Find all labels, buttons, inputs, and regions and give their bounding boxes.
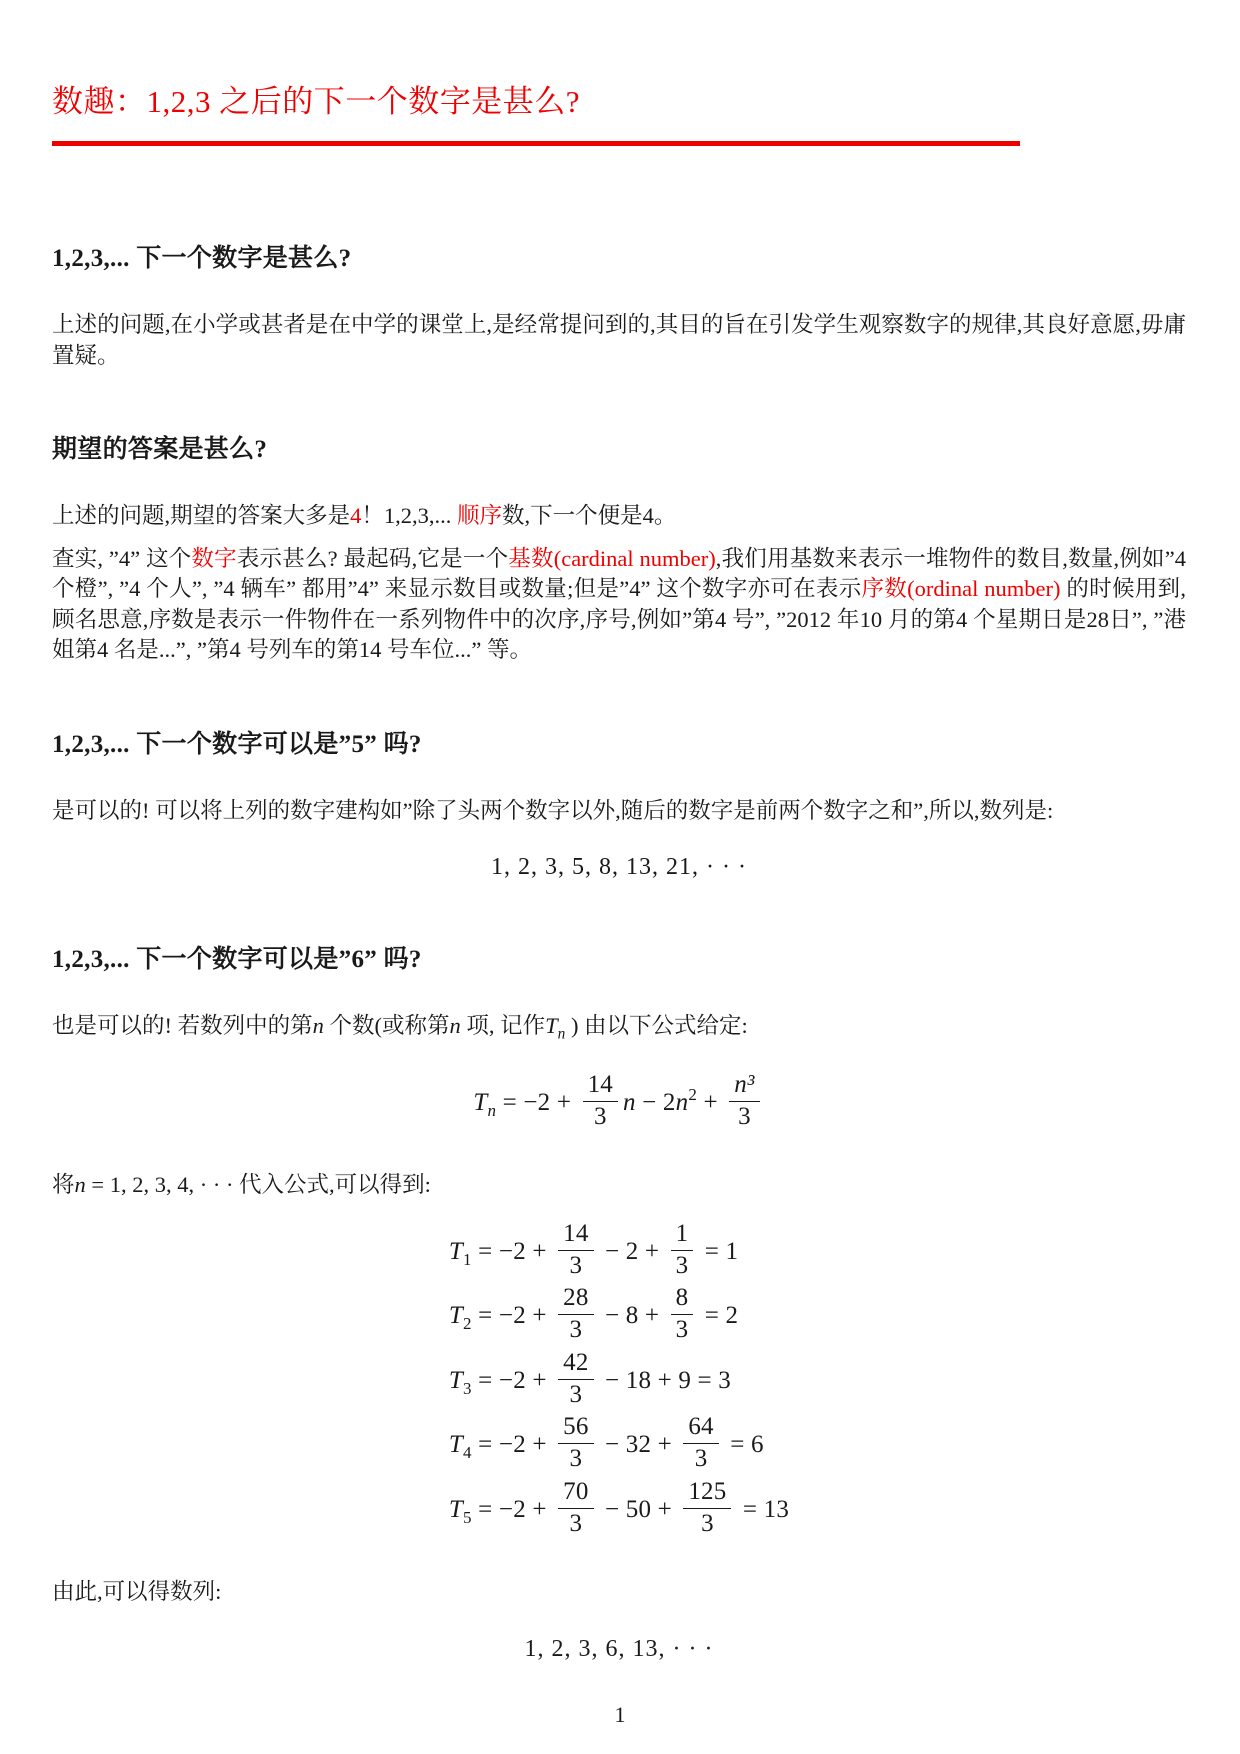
section-heading-next-number: 1,2,3,... 下一个数字是甚么?	[52, 238, 1186, 274]
equation-rows: T1 = −2 + 143 − 2 + 13 = 1T2 = −2 + 283 …	[449, 1219, 789, 1542]
equation-row: T2 = −2 + 283 − 8 + 83 = 2	[449, 1287, 789, 1348]
fraction: 563	[558, 1413, 593, 1474]
paragraph-expected-answer: 上述的问题,期望的答案大多是4！1,2,3,... 顺序数,下一个便是4。	[52, 501, 1186, 532]
title-rule	[52, 141, 1020, 146]
fraction: 143	[558, 1220, 593, 1281]
fraction: 423	[558, 1349, 593, 1410]
paragraph-formula-intro: 也是可以的! 若数列中的第n 个数(或称第n 项, 记作Tn ) 由以下公式给定…	[52, 1011, 1186, 1050]
paragraph-result-intro: 由此,可以得数列:	[52, 1577, 1186, 1608]
sequence-display-result: 1, 2, 3, 6, 13, · · ·	[52, 1636, 1186, 1663]
equation-row: T1 = −2 + 143 − 2 + 13 = 1	[449, 1223, 789, 1284]
fraction: 703	[558, 1478, 593, 1539]
fraction: n³3	[729, 1071, 759, 1132]
section-heading-expected-answer: 期望的答案是甚么?	[52, 429, 1186, 465]
formula-tn: Tn = −2 + 143n − 2n2 + n³3	[52, 1074, 1186, 1135]
equation-row: T4 = −2 + 563 − 32 + 643 = 6	[449, 1416, 789, 1477]
section-heading-can-be-5: 1,2,3,... 下一个数字可以是”5” 吗?	[52, 724, 1186, 760]
fraction: 13	[671, 1220, 694, 1281]
page-number: 1	[0, 1702, 1240, 1728]
equation-row: T3 = −2 + 423 − 18 + 9 = 3	[449, 1352, 789, 1413]
fraction: 83	[671, 1284, 694, 1345]
equation-row: T5 = −2 + 703 − 50 + 1253 = 13	[449, 1481, 789, 1542]
paragraph-fibonacci-rule: 是可以的! 可以将上列的数字建构如”除了头两个数字以外,随后的数字是前两个数字之…	[52, 796, 1186, 827]
equation-block: T1 = −2 + 143 − 2 + 13 = 1T2 = −2 + 283 …	[52, 1219, 1186, 1542]
fraction: 283	[558, 1284, 593, 1345]
paragraph-cardinal-ordinal: 查实, ”4” 这个数字表示甚么? 最起码,它是一个基数(cardinal nu…	[52, 544, 1186, 666]
fraction: 143	[583, 1071, 618, 1132]
fraction: 1253	[683, 1478, 731, 1539]
paragraph-intro: 上述的问题,在小学或甚者是在中学的课堂上,是经常提问到的,其目的旨在引发学生观察…	[52, 310, 1186, 371]
section-heading-can-be-6: 1,2,3,... 下一个数字可以是”6” 吗?	[52, 939, 1186, 975]
fraction: 643	[683, 1413, 718, 1474]
paragraph-substitute: 将n = 1, 2, 3, 4, · · · 代入公式,可以得到:	[52, 1170, 1186, 1201]
sequence-display-fibonacci: 1, 2, 3, 5, 8, 13, 21, · · ·	[52, 854, 1186, 881]
document-page: 数趣：1,2,3 之后的下一个数字是甚么? 1,2,3,... 下一个数字是甚么…	[0, 0, 1240, 1754]
document-title: 数趣：1,2,3 之后的下一个数字是甚么?	[52, 76, 1186, 121]
